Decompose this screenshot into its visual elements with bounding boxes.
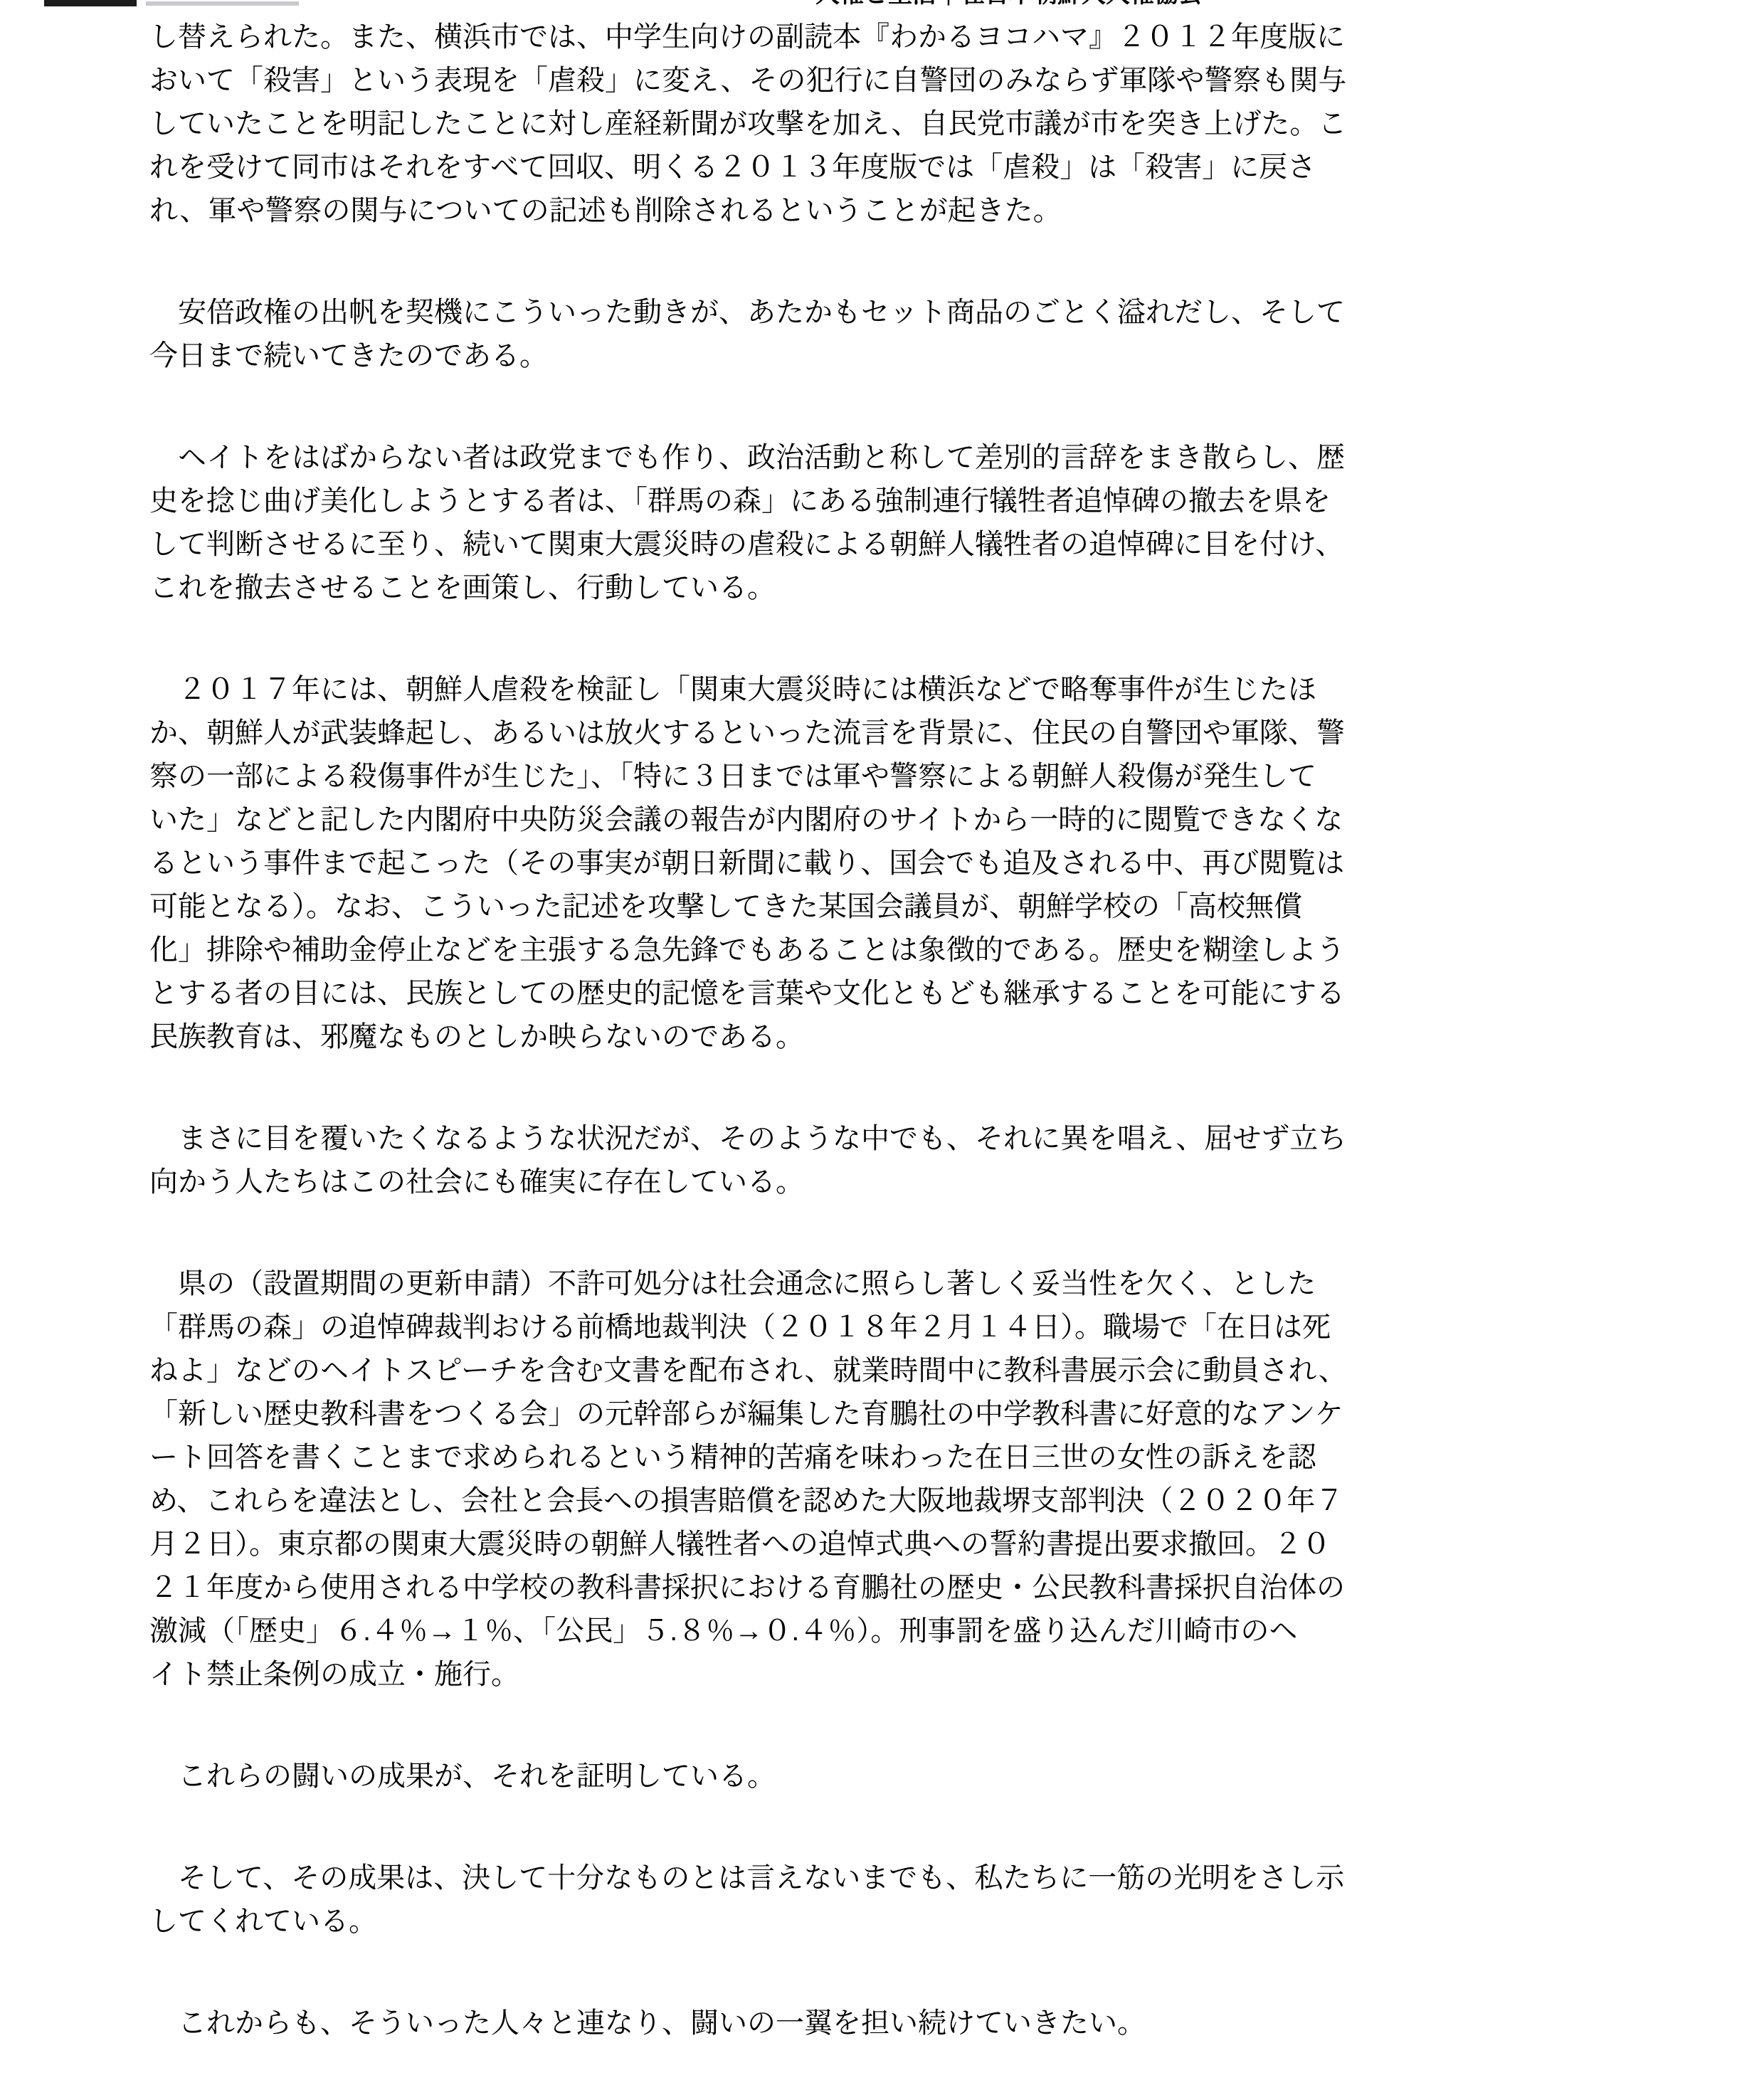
paragraph-3: ヘイトをはばからない者は政党までも作り、政治活動と称して差別的言辞をまき散らし、… bbox=[149, 436, 1402, 610]
paragraph-8: そして、その成果は、決して十分なものとは言えないまでも、私たちに一筋の光明をさし… bbox=[149, 1857, 1402, 1943]
paragraph-2: 安倍政権の出帆を契機にこういった動きが、あたかもセット商品のごとく溢れだし、そし… bbox=[149, 291, 1402, 378]
header-left-logo-fragment bbox=[44, 0, 137, 6]
paragraph-6: 県の（設置期間の更新申請）不許可処分は社会通念に照らし著しく妥当性を欠く、とした… bbox=[149, 1262, 1402, 1696]
header-left-text-fragment bbox=[146, 1, 299, 6]
document-page: 人権と生活｜在日本朝鮮人人権協会 し替えられた。また、横浜市では、中学生向けの副… bbox=[0, 0, 1764, 2095]
article-body: し替えられた。また、横浜市では、中学生向けの副読本『わかるヨコハマ』２０１２年度… bbox=[149, 16, 1402, 2045]
paragraph-1: し替えられた。また、横浜市では、中学生向けの副読本『わかるヨコハマ』２０１２年度… bbox=[149, 16, 1402, 233]
paragraph-5: まさに目を覆いたくなるような状況だが、そのような中でも、それに異を唱え、屈せず立… bbox=[149, 1117, 1402, 1204]
page-header-cutoff-strip: 人権と生活｜在日本朝鮮人人権協会 bbox=[0, 0, 1764, 9]
paragraph-4: ２０１７年には、朝鮮人虐殺を検証し「関東大震災時には横浜などで略奪事件が生じたほ… bbox=[149, 668, 1402, 1059]
paragraph-9: これからも、そういった人々と連なり、闘いの一翼を担い続けていきたい。 bbox=[149, 2002, 1402, 2045]
paragraph-7: これらの闘いの成果が、それを証明している。 bbox=[149, 1755, 1402, 1798]
site-title: 人権と生活｜在日本朝鮮人人権協会 bbox=[815, 0, 1203, 6]
